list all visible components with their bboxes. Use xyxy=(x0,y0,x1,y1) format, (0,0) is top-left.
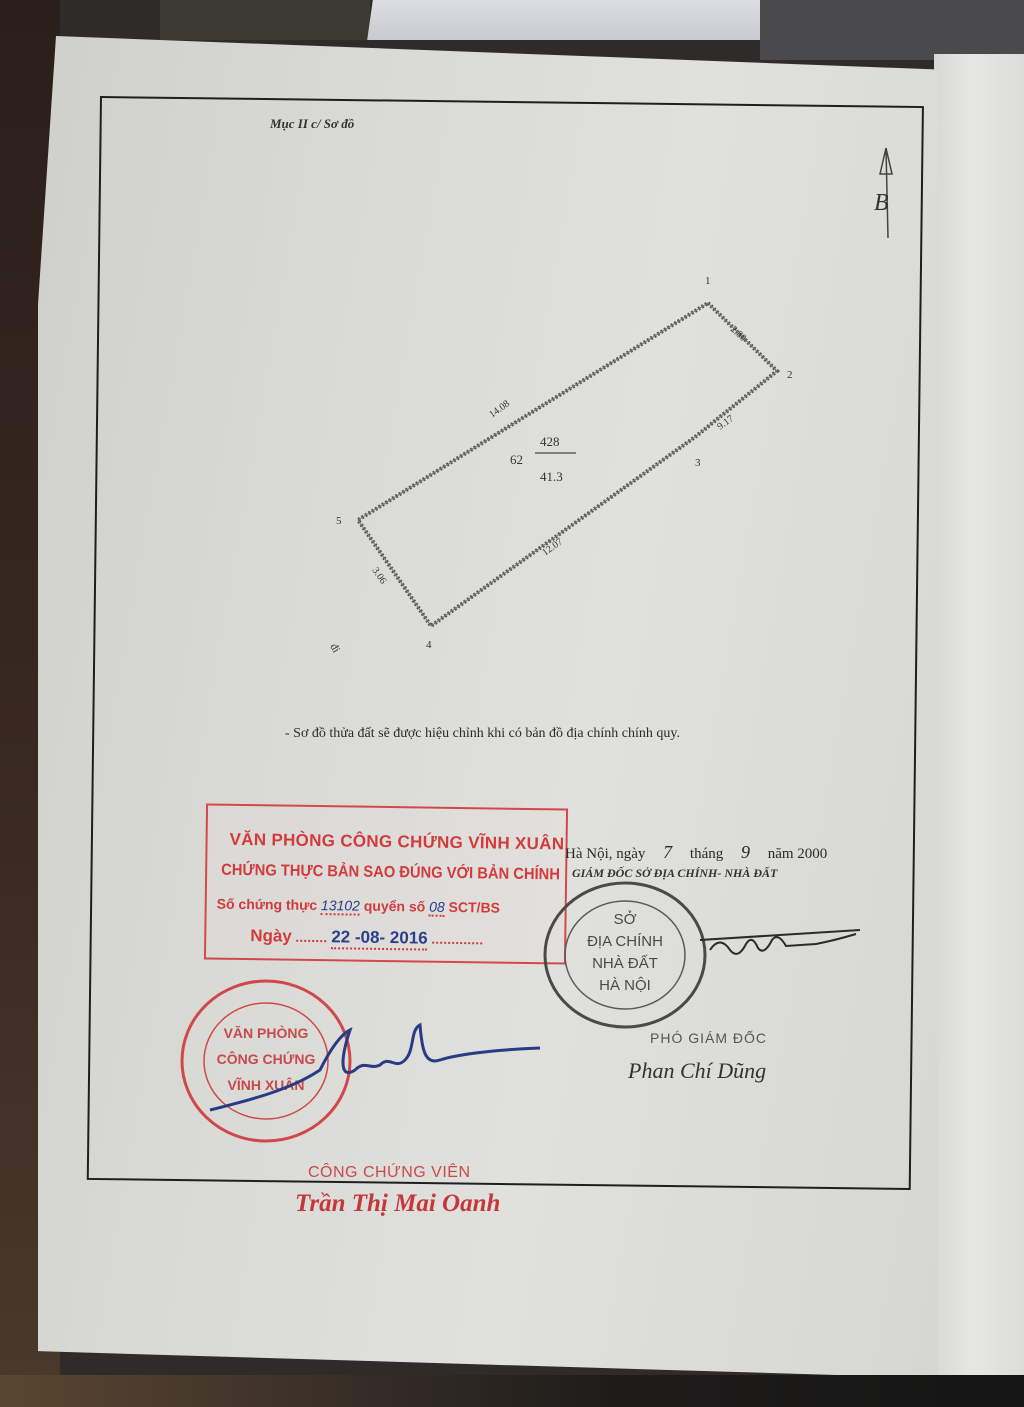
day-value: 7 xyxy=(649,842,686,862)
vertex-label: 5 xyxy=(336,515,342,527)
background-surface xyxy=(760,0,1024,60)
certification-stamp-box: VĂN PHÒNG CÔNG CHỨNG VĨNH XUÂN CHỨNG THỰ… xyxy=(204,803,568,964)
background-paper xyxy=(367,0,773,40)
edge-length-label: 12.07 xyxy=(540,536,565,558)
paper-fold-page xyxy=(934,54,1024,1384)
road-label: đi xyxy=(327,642,342,655)
issuer-title: GIÁM ĐỐC SỞ ĐỊA CHÍNH- NHÀ ĐẤT xyxy=(572,866,777,881)
deputy-name: Phan Chí Dũng xyxy=(628,1058,766,1084)
certification-number-line: Số chứng thực 13102 quyển số 08 SCT/BS xyxy=(217,896,501,918)
plot-boundary xyxy=(358,303,777,626)
month-label: tháng xyxy=(690,846,723,862)
place-date-prefix: Hà Nội, ngày xyxy=(565,846,645,862)
background-object xyxy=(160,0,370,40)
section-heading: Mục II c/ Sơ đồ xyxy=(270,116,354,132)
stamp-text: HÀ NỘI xyxy=(599,977,651,994)
notary-signature xyxy=(190,1010,550,1120)
map-sheet-number: 62 xyxy=(510,452,523,467)
certification-date-line: Ngày 22 -08- 2016 xyxy=(250,926,482,951)
background-floor xyxy=(0,1375,1024,1407)
issuer-round-stamp: SỞĐỊA CHÍNHNHÀ ĐẤTHÀ NỘI xyxy=(540,880,710,1030)
vertex-label: 1 xyxy=(705,275,711,287)
month-value: 9 xyxy=(727,842,764,862)
book-number-label: quyển số xyxy=(364,898,426,915)
edge-length-label: 14.08 xyxy=(487,398,512,420)
book-suffix: SCT/BS xyxy=(449,899,501,916)
notary-name: Trần Thị Mai Oanh xyxy=(295,1190,500,1218)
vertex-label: 2 xyxy=(787,369,793,381)
land-plot-diagram: 123452.809.1712.073.0614.086242841.3Ngõđ… xyxy=(320,270,840,670)
certification-statement: CHỨNG THỰC BẢN SAO ĐÚNG VỚI BẢN CHÍNH xyxy=(221,862,560,885)
stamp-text: NHÀ ĐẤT xyxy=(592,955,658,972)
parcel-area: 41.3 xyxy=(540,469,563,484)
north-label: B xyxy=(874,190,889,216)
vertex-label: 3 xyxy=(695,457,701,469)
place-date: Hà Nội, ngày 7 tháng 9 năm 2000 xyxy=(565,842,827,863)
notary-title: CÔNG CHỨNG VIÊN xyxy=(308,1164,471,1182)
date-value: 22 -08- 2016 xyxy=(331,927,428,950)
vertex-label: 4 xyxy=(426,639,432,651)
cert-number-label: Số chứng thực xyxy=(217,896,318,913)
stamp-text: SỞ xyxy=(614,910,637,928)
plot-note: - Sơ đồ thửa đất sẽ được hiệu chỉnh khi … xyxy=(285,726,680,742)
edge-length-label: 3.06 xyxy=(370,566,389,587)
book-number-value: 08 xyxy=(429,899,445,917)
parcel-number: 428 xyxy=(540,434,560,449)
year-label: năm 2000 xyxy=(768,846,828,862)
stamp-text: ĐỊA CHÍNH xyxy=(587,933,663,950)
deputy-title: PHÓ GIÁM ĐỐC xyxy=(650,1030,767,1046)
date-label: Ngày xyxy=(250,926,292,946)
notary-office-name: VĂN PHÒNG CÔNG CHỨNG VĨNH XUÂN xyxy=(229,830,564,855)
cert-number-value: 13102 xyxy=(321,897,360,916)
edge-length-label: 9.17 xyxy=(715,413,736,432)
north-arrow-icon: B xyxy=(868,140,908,240)
issuer-signature xyxy=(690,920,870,970)
